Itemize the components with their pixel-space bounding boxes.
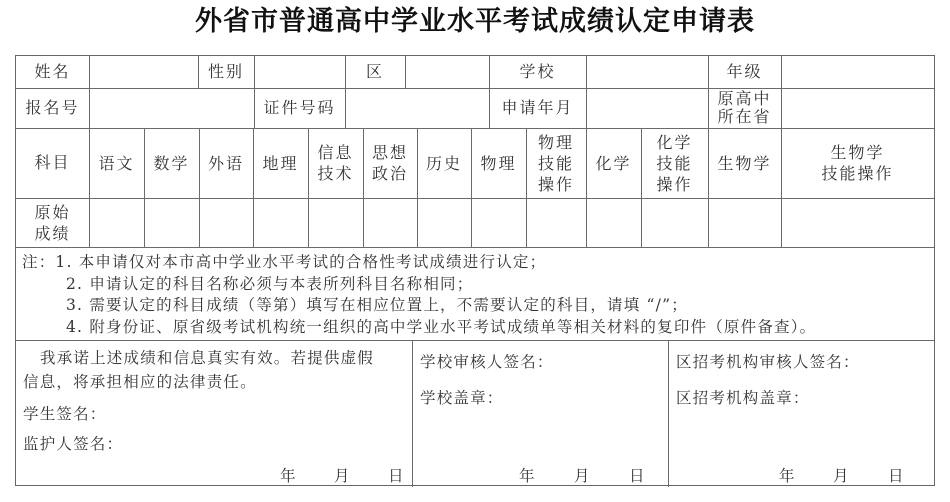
note-line-1: 注：1. 本申请仅对本市高中学业水平考试的合格性考试成绩进行认定； xyxy=(22,252,934,274)
subject-name-line1: 数学 xyxy=(153,153,189,174)
subject-name-line3: 操作 xyxy=(538,174,574,195)
date-year: 年 xyxy=(280,464,297,486)
date-year: 年 xyxy=(519,464,536,486)
school-label: 学校 xyxy=(489,56,586,88)
grade-label: 年级 xyxy=(708,56,781,88)
id-number-field[interactable] xyxy=(345,88,489,128)
score-input-cell[interactable] xyxy=(417,198,471,247)
subject-name-line2: 技能操作 xyxy=(821,163,893,184)
note-item-1: 1. 本申请仅对本市高中学业水平考试的合格性考试成绩进行认定； xyxy=(55,253,546,271)
subject-header-cell: 思想政治 xyxy=(363,128,417,198)
raw-score-label: 原始 成绩 xyxy=(16,198,89,247)
id-number-label: 证件号码 xyxy=(254,88,345,128)
date-day: 日 xyxy=(888,464,905,486)
origin-province-label-line2: 所在省 xyxy=(717,108,771,126)
notes-section: 注：1. 本申请仅对本市高中学业水平考试的合格性考试成绩进行认定； 2. 申请认… xyxy=(16,248,934,341)
subject-name-line2: 政治 xyxy=(372,163,408,184)
subject-name-line2: 技术 xyxy=(317,163,353,184)
raw-score-label-line2: 成绩 xyxy=(34,223,70,244)
note-line-4: 4. 附身份证、原省级考试机构统一组织的高中学业水平考试成绩单等相关材料的复印件… xyxy=(22,317,934,339)
score-input-cell[interactable] xyxy=(144,198,199,247)
subject-header-cell: 物理 xyxy=(471,128,526,198)
district-review-section: 区招考机构审核人签名： 区招考机构盖章： 年 月 日 xyxy=(668,340,934,487)
school-stamp-label[interactable]: 学校盖章： xyxy=(420,386,504,408)
score-input-cell[interactable] xyxy=(708,198,781,247)
subject-name-line3: 操作 xyxy=(656,174,692,195)
school-field[interactable] xyxy=(586,56,708,88)
notes-prefix: 注： xyxy=(22,253,55,271)
school-reviewer-signature-label[interactable]: 学校审核人签名： xyxy=(420,350,554,372)
school-date[interactable]: 年 月 日 xyxy=(412,464,668,484)
student-date[interactable]: 年 月 日 xyxy=(16,464,412,484)
subject-header-cell: 化学技能操作 xyxy=(641,128,708,198)
subject-header-label: 科目 xyxy=(16,128,89,198)
registration-number-label: 报名号 xyxy=(16,88,89,128)
score-input-cell[interactable] xyxy=(363,198,417,247)
student-signature-label[interactable]: 学生签名： xyxy=(23,402,107,424)
school-review-section: 学校审核人签名： 学校盖章： 年 月 日 xyxy=(412,340,668,487)
score-input-cell[interactable] xyxy=(471,198,526,247)
origin-province-field[interactable] xyxy=(781,88,934,128)
score-input-cell[interactable] xyxy=(586,198,641,247)
guardian-signature-label[interactable]: 监护人签名： xyxy=(23,432,123,454)
subject-header-cell: 语文 xyxy=(89,128,144,198)
subject-header-cell: 物理技能操作 xyxy=(526,128,586,198)
date-year: 年 xyxy=(779,464,796,486)
score-input-cell[interactable] xyxy=(89,198,144,247)
score-input-cell[interactable] xyxy=(199,198,253,247)
subject-name-line1: 化学 xyxy=(595,153,631,174)
grade-field[interactable] xyxy=(781,56,934,88)
pledge-text-line2: 信息，将承担相应的法律责任。 xyxy=(23,370,257,392)
note-line-2: 2. 申请认定的科目名称必须与本表所列科目名称相同； xyxy=(22,274,934,296)
subject-name-line1: 外语 xyxy=(208,153,244,174)
district-field[interactable] xyxy=(405,56,489,88)
score-input-cell[interactable] xyxy=(308,198,363,247)
district-stamp-label[interactable]: 区招考机构盖章： xyxy=(676,386,810,408)
date-month: 月 xyxy=(833,464,850,486)
date-day: 日 xyxy=(388,464,405,486)
subject-header-cell: 化学 xyxy=(586,128,641,198)
gender-field[interactable] xyxy=(254,56,345,88)
apply-date-field[interactable] xyxy=(586,88,708,128)
subject-header-cell: 历史 xyxy=(417,128,471,198)
subject-name-line1: 历史 xyxy=(426,153,462,174)
form-title: 外省市普通高中学业水平考试成绩认定申请表 xyxy=(0,4,950,40)
pledge-text-line1: 我承诺上述成绩和信息真实有效。若提供虚假 xyxy=(40,346,374,368)
note-line-3: 3. 需要认定的科目成绩（等第）填写在相应位置上，不需要认定的科目，请填 “/”… xyxy=(22,295,934,317)
origin-province-label-line1: 原高中 xyxy=(717,90,771,108)
apply-date-label: 申请年月 xyxy=(489,88,586,128)
subject-header-cell: 外语 xyxy=(199,128,253,198)
subject-name-line2: 技能 xyxy=(656,153,692,174)
score-input-cell[interactable] xyxy=(641,198,708,247)
subject-header-cell: 生物学技能操作 xyxy=(781,128,934,198)
name-field[interactable] xyxy=(89,56,198,88)
subject-header-cell: 地理 xyxy=(253,128,308,198)
district-reviewer-signature-label[interactable]: 区招考机构审核人签名： xyxy=(676,350,860,372)
district-date[interactable]: 年 月 日 xyxy=(668,464,934,484)
gender-label: 性别 xyxy=(198,56,254,88)
registration-number-field[interactable] xyxy=(89,88,254,128)
subject-name-line1: 生物学 xyxy=(830,142,884,163)
subject-name-line1: 语文 xyxy=(98,153,134,174)
raw-score-label-line1: 原始 xyxy=(34,202,70,223)
district-label: 区 xyxy=(345,56,405,88)
score-input-cell[interactable] xyxy=(253,198,308,247)
date-month: 月 xyxy=(334,464,351,486)
subject-name-line1: 化学 xyxy=(656,132,692,153)
subject-header-cell: 数学 xyxy=(144,128,199,198)
subject-name-line1: 生物学 xyxy=(717,153,771,174)
subject-name-line1: 信息 xyxy=(317,142,353,163)
subject-name-line1: 思想 xyxy=(372,142,408,163)
application-form: 姓名 性别 区 学校 年级 报名号 证件号码 申请年月 原高中 所在省 科目 语… xyxy=(15,55,935,486)
date-day: 日 xyxy=(629,464,646,486)
score-input-cell[interactable] xyxy=(526,198,586,247)
student-pledge-section: 我承诺上述成绩和信息真实有效。若提供虚假 信息，将承担相应的法律责任。 学生签名… xyxy=(16,340,412,487)
subject-name-line1: 地理 xyxy=(262,153,298,174)
subject-name-line1: 物理 xyxy=(538,132,574,153)
subject-name-line1: 物理 xyxy=(480,153,516,174)
subject-header-cell: 生物学 xyxy=(708,128,781,198)
date-month: 月 xyxy=(574,464,591,486)
origin-province-label: 原高中 所在省 xyxy=(708,88,781,128)
subject-name-line2: 技能 xyxy=(538,153,574,174)
subject-header-cell: 信息技术 xyxy=(308,128,363,198)
name-label: 姓名 xyxy=(16,56,89,88)
score-input-cell[interactable] xyxy=(781,198,934,247)
